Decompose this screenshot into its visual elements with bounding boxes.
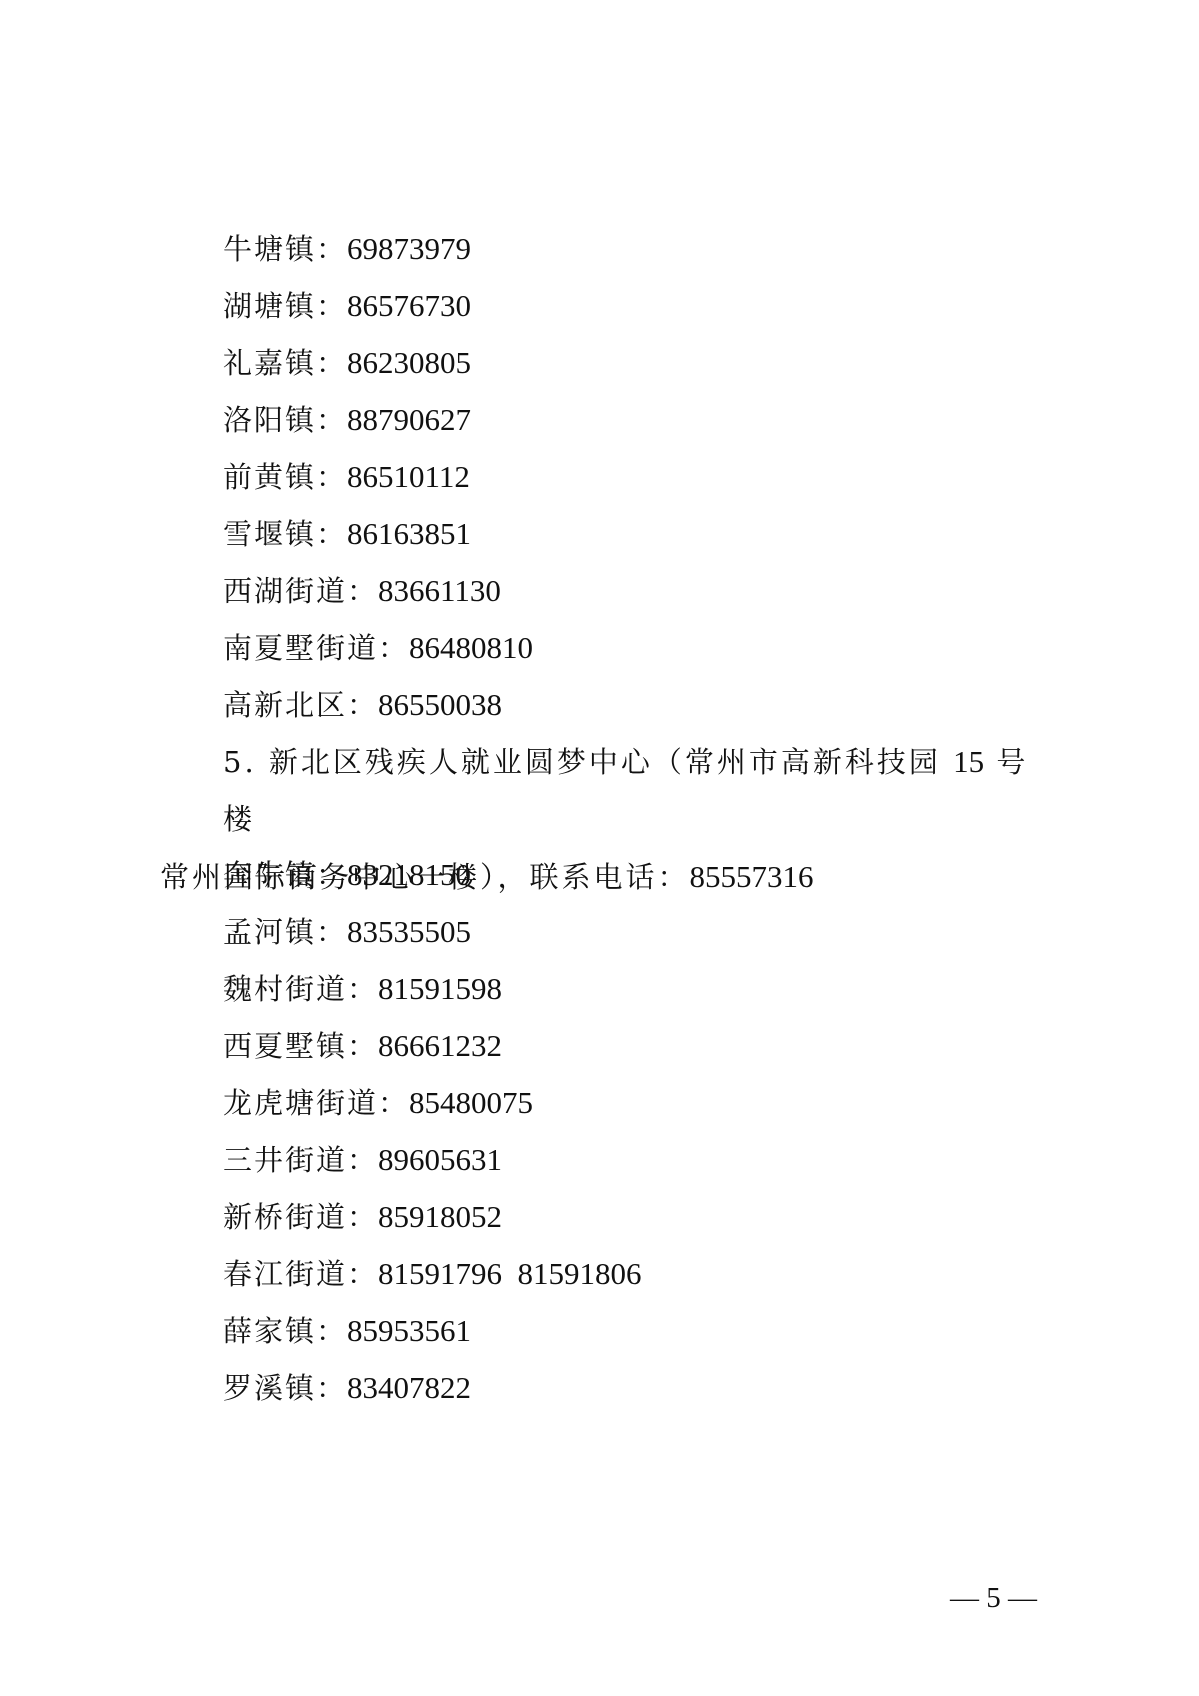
phone-number: 85918052 [378, 1199, 502, 1234]
contact-line: 洛阳镇：88790627 [223, 400, 471, 440]
phone-number: 86230805 [347, 345, 471, 380]
contact-line: 春江街道：81591796 81591806 [223, 1254, 642, 1294]
town-name: 魏村街道： [223, 972, 378, 1006]
town-name: 雪堰镇： [223, 517, 347, 551]
town-name: 三井街道： [223, 1143, 378, 1177]
town-name: 西夏墅镇： [223, 1029, 378, 1063]
town-name: 新桥街道： [223, 1200, 378, 1234]
phone-number: 86480810 [409, 630, 533, 665]
phone-number: 81591796 81591806 [378, 1256, 642, 1291]
town-name: 前黄镇： [223, 460, 347, 494]
contact-line: 罗溪镇：83407822 [223, 1368, 471, 1408]
document-page: 牛塘镇：69873979 湖塘镇：86576730 礼嘉镇：86230805 洛… [0, 0, 1199, 1696]
contact-line: 龙虎塘街道：85480075 [223, 1083, 533, 1123]
town-name: 西湖街道： [223, 574, 378, 608]
town-name: 龙虎塘街道： [223, 1086, 409, 1120]
contact-line: 薛家镇：85953561 [223, 1311, 471, 1351]
phone-number: 85557316 [690, 859, 814, 894]
phone-number: 86510112 [347, 459, 470, 494]
phone-number: 86576730 [347, 288, 471, 323]
phone-number: 83218150 [347, 857, 471, 892]
phone-number: 85480075 [409, 1085, 533, 1120]
phone-number: 69873979 [347, 231, 471, 266]
town-name: 牛塘镇： [223, 232, 347, 266]
phone-number: 81591598 [378, 971, 502, 1006]
town-name: 南夏墅街道： [223, 631, 409, 665]
phone-number: 86163851 [347, 516, 471, 551]
town-name: 薛家镇： [223, 1314, 347, 1348]
page-number: — 5 — [950, 1582, 1037, 1615]
phone-number: 83407822 [347, 1370, 471, 1405]
phone-number: 88790627 [347, 402, 471, 437]
phone-number: 86661232 [378, 1028, 502, 1063]
contact-line: 牛塘镇：69873979 [223, 229, 471, 269]
town-name: 湖塘镇： [223, 289, 347, 323]
town-name: 洛阳镇： [223, 403, 347, 437]
town-name: 礼嘉镇： [223, 346, 347, 380]
phone-number: 86550038 [378, 687, 502, 722]
contact-line: 魏村街道：81591598 [223, 969, 502, 1009]
contact-line: 新桥街道：85918052 [223, 1197, 502, 1237]
town-name: 春江街道： [223, 1257, 378, 1291]
contact-line: 孟河镇：83535505 [223, 912, 471, 952]
contact-line: 奔牛镇：83218150 [223, 855, 471, 895]
section-5-line-1: 5. 新北区残疾人就业圆梦中心（常州市高新科技园 15 号楼 [160, 733, 1060, 848]
contact-line: 西湖街道：83661130 [223, 571, 501, 611]
phone-number: 89605631 [378, 1142, 502, 1177]
contact-line: 三井街道：89605631 [223, 1140, 502, 1180]
phone-number: 83661130 [378, 573, 501, 608]
phone-number: 83535505 [347, 914, 471, 949]
building-number: 15 [953, 744, 984, 779]
contact-line: 高新北区：86550038 [223, 685, 502, 725]
town-name: 孟河镇： [223, 915, 347, 949]
contact-line: 礼嘉镇：86230805 [223, 343, 471, 383]
contact-line: 雪堰镇：86163851 [223, 514, 471, 554]
section-5-title: 5. 新北区残疾人就业圆梦中心（常州市高新科技园 [223, 745, 941, 779]
contact-line: 前黄镇：86510112 [223, 457, 470, 497]
contact-line: 湖塘镇：86576730 [223, 286, 471, 326]
contact-line: 西夏墅镇：86661232 [223, 1026, 502, 1066]
town-name: 奔牛镇： [223, 858, 347, 892]
contact-line: 南夏墅街道：86480810 [223, 628, 533, 668]
town-name: 罗溪镇： [223, 1371, 347, 1405]
town-name: 高新北区： [223, 688, 378, 722]
phone-number: 85953561 [347, 1313, 471, 1348]
